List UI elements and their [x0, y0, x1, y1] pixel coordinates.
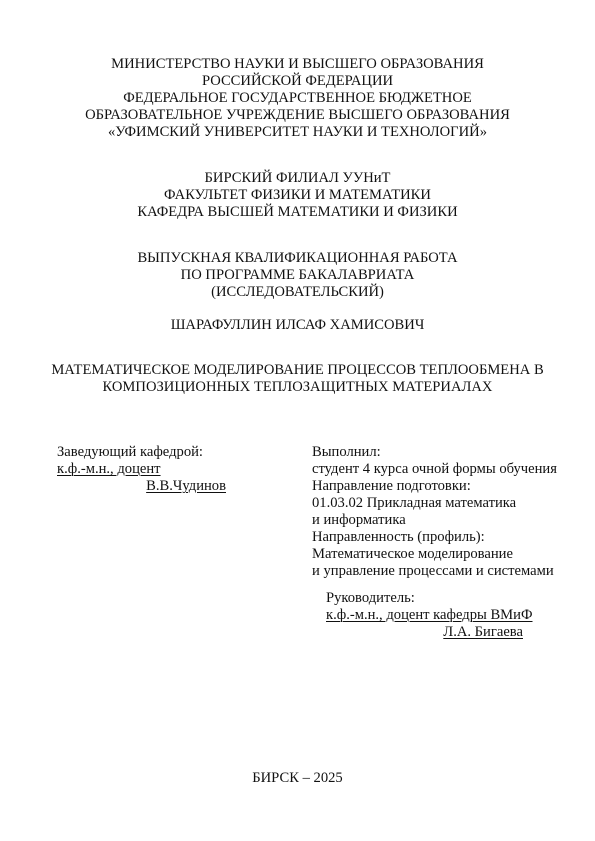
header-line: ФЕДЕРАЛЬНОЕ ГОСУДАРСТВЕННОЕ БЮДЖЕТНОЕ [0, 90, 595, 107]
direction-line: 01.03.02 Прикладная математика [312, 495, 516, 512]
direction-line: и информатика [312, 512, 406, 529]
supervisor-degree: к.ф.-м.н., доцент кафедры ВМиФ [326, 607, 533, 624]
profile-line: Математическое моделирование [312, 546, 513, 563]
header-line: «УФИМСКИЙ УНИВЕРСИТЕТ НАУКИ И ТЕХНОЛОГИЙ… [0, 124, 595, 141]
header-line: ОБРАЗОВАТЕЛЬНОЕ УЧРЕЖДЕНИЕ ВЫСШЕГО ОБРАЗ… [0, 107, 595, 124]
performer-status: студент 4 курса очной формы обучения [312, 461, 557, 478]
supervisor-label: Руководитель: [326, 590, 415, 607]
profile-label: Направленность (профиль): [312, 529, 485, 546]
head-degree: к.ф.-м.н., доцент [57, 461, 161, 478]
head-label: Заведующий кафедрой: [57, 444, 203, 461]
department-line: КАФЕДРА ВЫСШЕЙ МАТЕМАТИКИ И ФИЗИКИ [0, 204, 595, 221]
work-type-line: (ИССЛЕДОВАТЕЛЬСКИЙ) [0, 284, 595, 301]
performer-label: Выполнил: [312, 444, 381, 461]
branch-line: БИРСКИЙ ФИЛИАЛ УУНиТ [0, 170, 595, 187]
title-page: МИНИСТЕРСТВО НАУКИ И ВЫСШЕГО ОБРАЗОВАНИЯ… [0, 0, 595, 841]
faculty-line: ФАКУЛЬТЕТ ФИЗИКИ И МАТЕМАТИКИ [0, 187, 595, 204]
work-type-line: ВЫПУСКНАЯ КВАЛИФИКАЦИОННАЯ РАБОТА [0, 250, 595, 267]
profile-line: и управление процессами и системами [312, 563, 554, 580]
author-name: ШАРАФУЛЛИН ИЛСАФ ХАМИСОВИЧ [0, 317, 595, 334]
head-name: В.В.Чудинов [57, 478, 226, 495]
header-line: МИНИСТЕРСТВО НАУКИ И ВЫСШЕГО ОБРАЗОВАНИЯ [0, 56, 595, 73]
supervisor-name: Л.А. Бигаева [326, 624, 523, 641]
work-type-line: ПО ПРОГРАММЕ БАКАЛАВРИАТА [0, 267, 595, 284]
city-year: БИРСК – 2025 [0, 770, 595, 787]
header-line: РОССИЙСКОЙ ФЕДЕРАЦИИ [0, 73, 595, 90]
title-line: МАТЕМАТИЧЕСКОЕ МОДЕЛИРОВАНИЕ ПРОЦЕССОВ Т… [0, 362, 595, 379]
title-line: КОМПОЗИЦИОННЫХ ТЕПЛОЗАЩИТНЫХ МАТЕРИАЛАХ [0, 379, 595, 396]
direction-label: Направление подготовки: [312, 478, 471, 495]
